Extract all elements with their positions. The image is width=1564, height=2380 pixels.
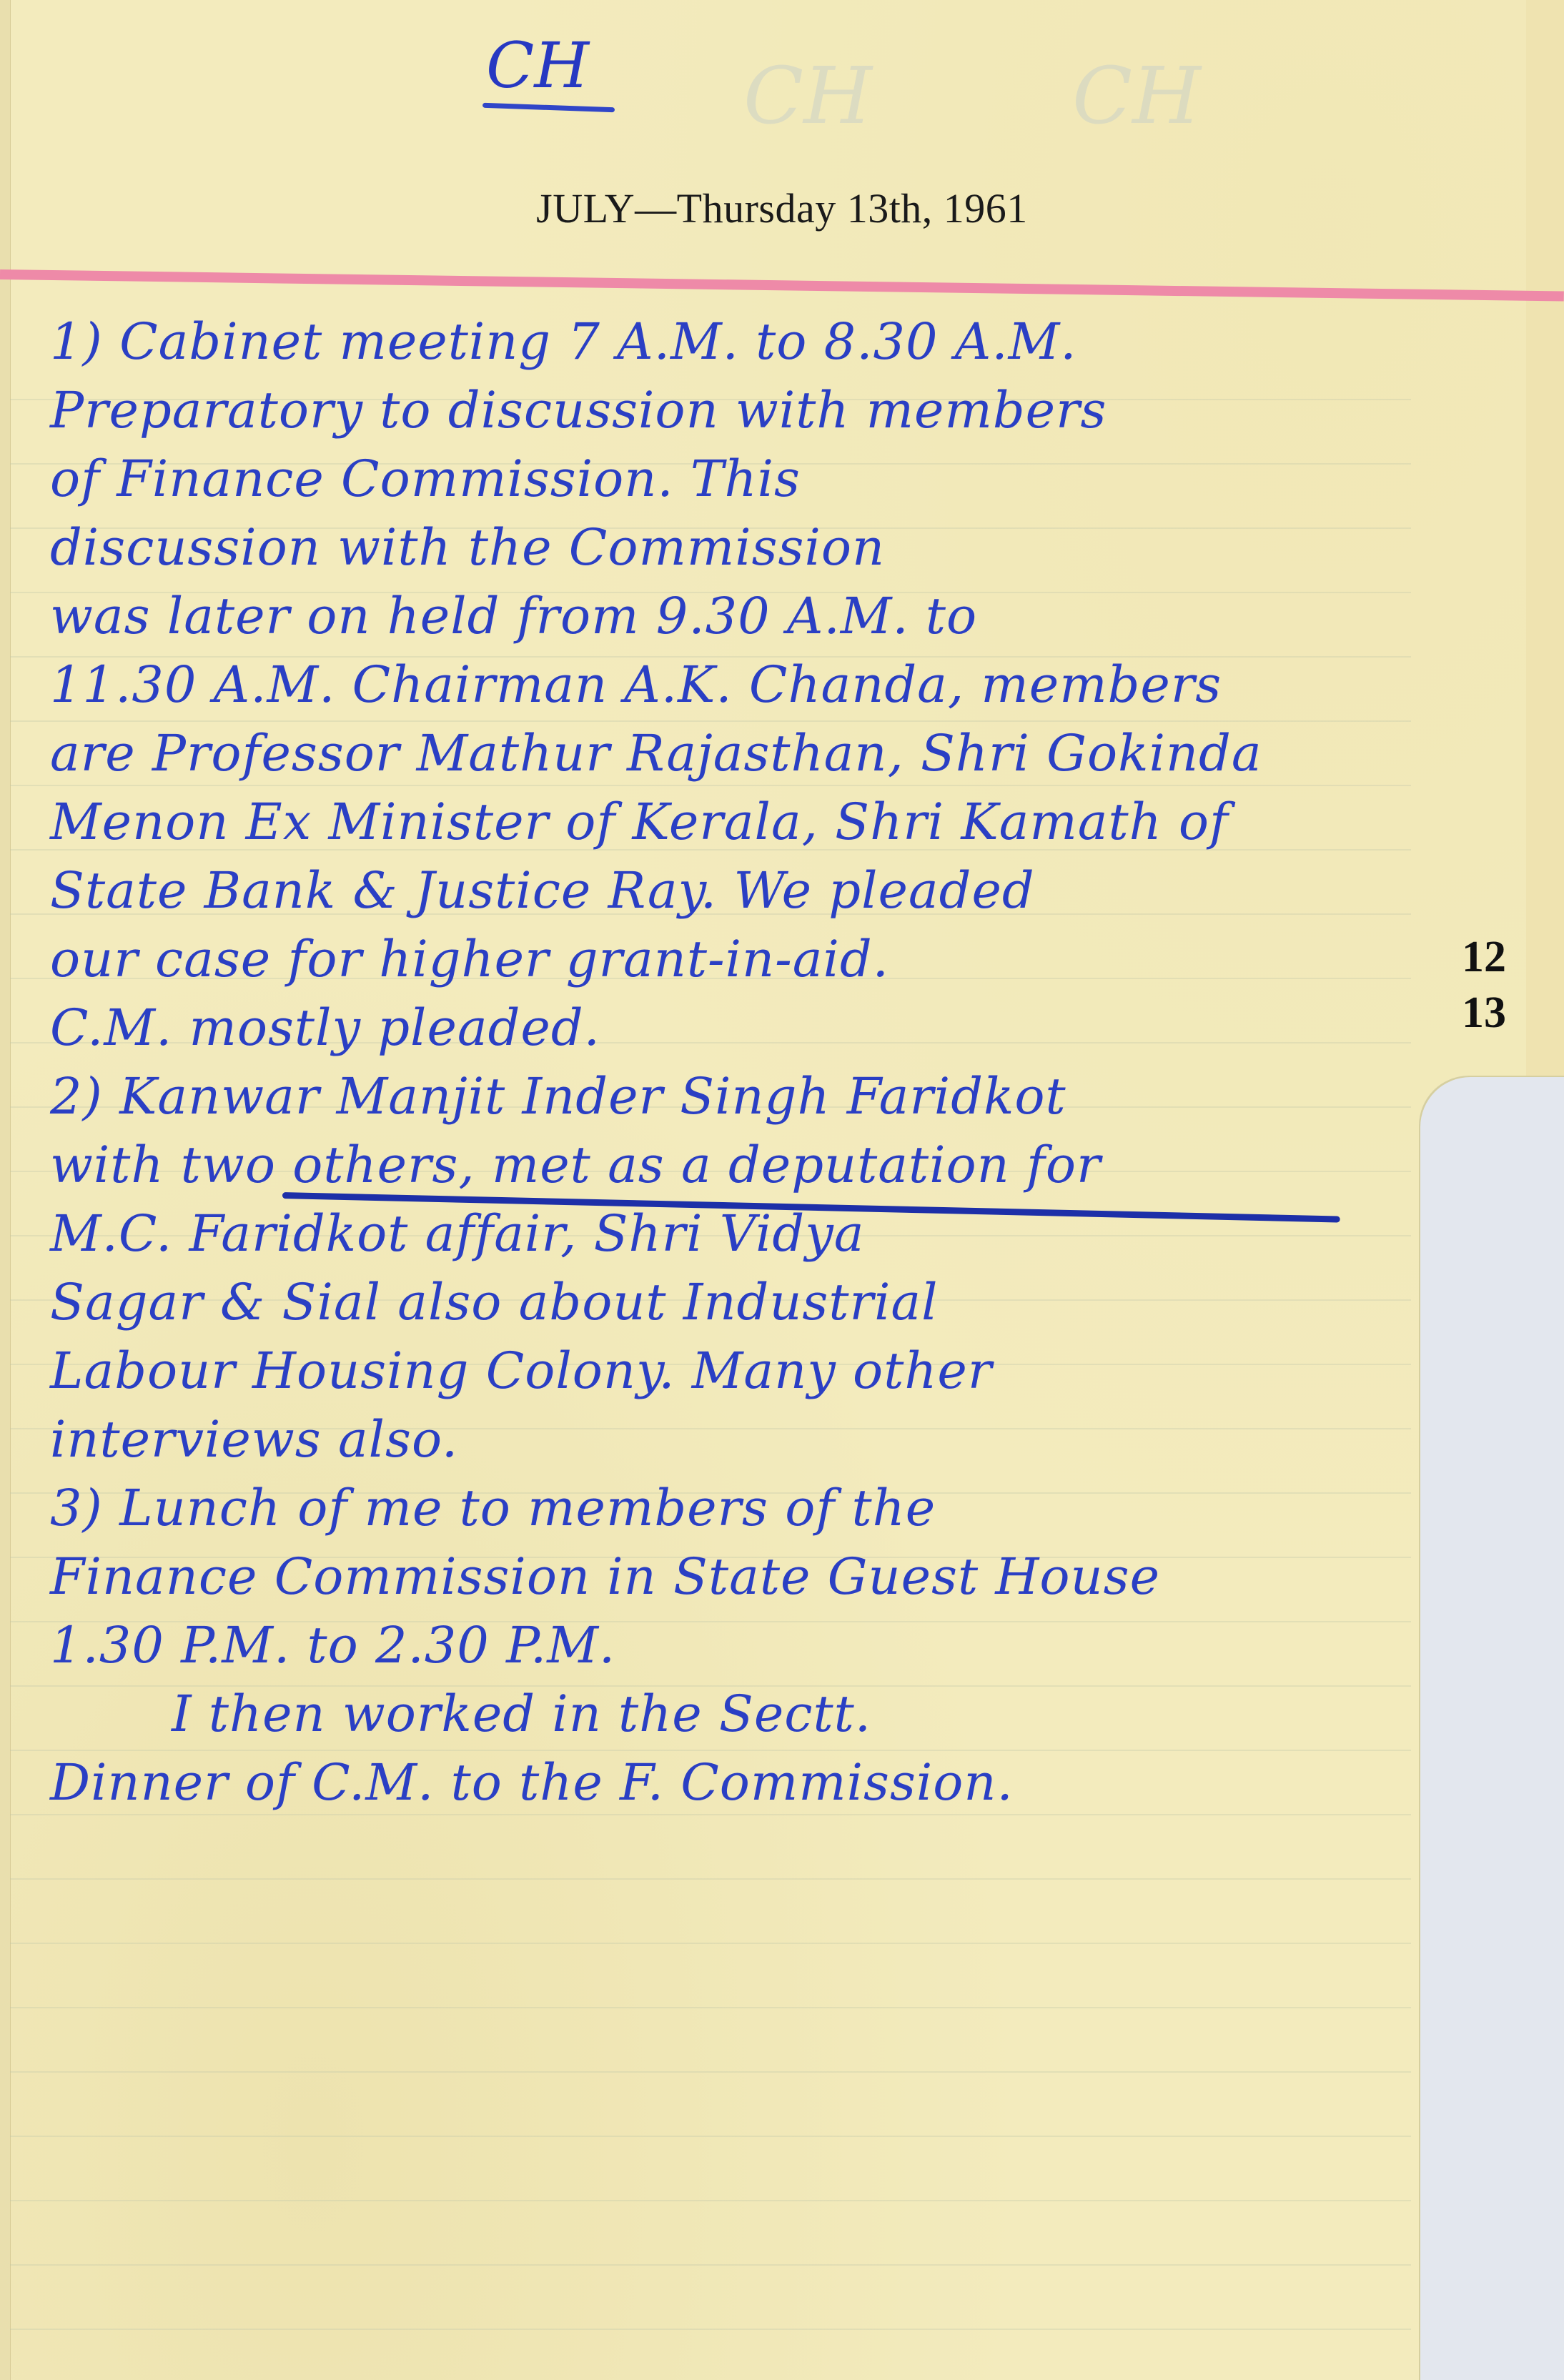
thumb-index-days: 12 13 (1462, 929, 1506, 1041)
bleed-through-text: faint embossed handwriting from reverse … (50, 2323, 1174, 2378)
entry-line: 3) Lunch of me to members of the (50, 1474, 1408, 1542)
entry-line: 11.30 A.M. Chairman A.K. Chanda, members (50, 650, 1408, 719)
entry-2: 2) Kanwar Manjit Inder Singh Faridkot wi… (50, 1062, 1408, 1474)
margin-rule (0, 269, 1564, 302)
entry-line: M.C. Faridkot affair, Shri Vidya (50, 1199, 1408, 1268)
entry-1: 1) Cabinet meeting 7 A.M. to 8.30 A.M. P… (50, 307, 1408, 1062)
page-date-heading: JULY—Thursday 13th, 1961 (0, 184, 1564, 232)
entry-line: was later on held from 9.30 A.M. to (50, 582, 1408, 650)
entry-closing: I then worked in the Sectt. Dinner of C.… (50, 1680, 1408, 1817)
entry-line: 1.30 P.M. to 2.30 P.M. (50, 1611, 1408, 1680)
entry-line: our case for higher grant-in-aid. (50, 925, 1408, 993)
entry-line: Finance Commission in State Guest House (50, 1542, 1408, 1611)
entry-line: Preparatory to discussion with members (50, 376, 1408, 445)
entry-line: Menon Ex Minister of Kerala, Shri Kamath… (50, 788, 1408, 856)
diary-page: CH CH CH JULY—Thursday 13th, 1961 1) Cab… (0, 0, 1564, 2380)
entry-line: with two others, met as a deputation for (50, 1131, 1408, 1199)
date-line-text: JULY—Thursday 13th, 1961 (536, 184, 1028, 232)
entry-3: 3) Lunch of me to members of the Finance… (50, 1474, 1408, 1680)
entry-line: 1) Cabinet meeting 7 A.M. to 8.30 A.M. (50, 307, 1408, 376)
bleed-through-text: faint embossed handwriting from reverse … (50, 2180, 1174, 2235)
bleed-through-text: faint embossed handwriting from reverse … (50, 2251, 1174, 2306)
entry-line: of Finance Commission. This (50, 445, 1408, 513)
header-mark-ch: CH (486, 29, 589, 102)
diary-entries: 1) Cabinet meeting 7 A.M. to 8.30 A.M. P… (50, 307, 1408, 1817)
thumb-index-cutout (1419, 1076, 1564, 2380)
ghost-mark-ch-2: CH (1072, 50, 1201, 142)
entry-line: Dinner of C.M. to the F. Commission. (50, 1748, 1408, 1817)
page-binding-edge (0, 0, 11, 2380)
header-mark-underline (482, 103, 615, 112)
entry-line: 2) Kanwar Manjit Inder Singh Faridkot (50, 1062, 1408, 1131)
thumb-index-tab (1526, 0, 1564, 1076)
thumb-index-day-13: 13 (1462, 985, 1506, 1041)
entry-line: are Professor Mathur Rajasthan, Shri Gok… (50, 719, 1408, 788)
entry-line: Sagar & Sial also about Industrial (50, 1268, 1408, 1337)
entry-line: interviews also. (50, 1405, 1408, 1474)
entry-line: discussion with the Commission (50, 513, 1408, 582)
thumb-index-day-12: 12 (1462, 929, 1506, 985)
entry-line: I then worked in the Sectt. (50, 1680, 1408, 1748)
entry-line: C.M. mostly pleaded. (50, 993, 1408, 1062)
bleed-through-text: faint embossed handwriting from reverse … (157, 2108, 1281, 2163)
entry-line: State Bank & Justice Ray. We pleaded (50, 856, 1408, 925)
ghost-mark-ch-1: CH (743, 50, 872, 142)
bleed-through-text: faint embossed handwriting from reverse … (50, 2023, 1174, 2078)
entry-line: Labour Housing Colony. Many other (50, 1337, 1408, 1405)
